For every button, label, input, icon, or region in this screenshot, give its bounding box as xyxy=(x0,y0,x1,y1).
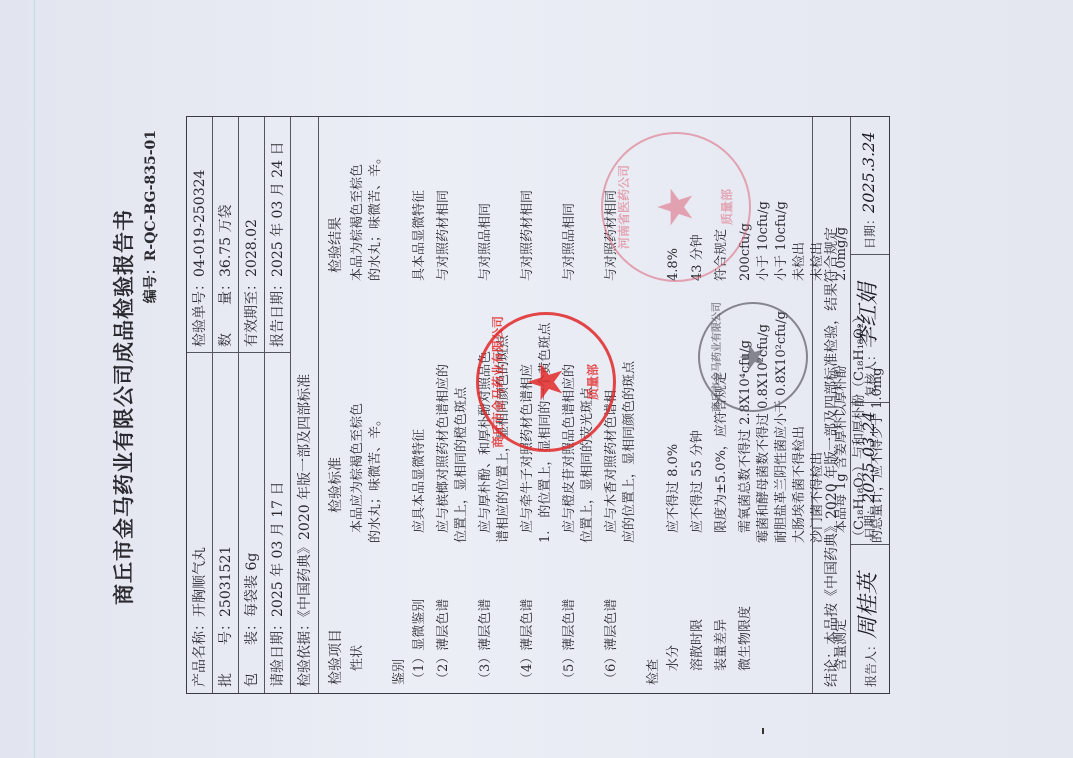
reviewer-date: 2025.3.24 xyxy=(859,132,878,213)
column-header-standard: 检验标准 xyxy=(325,457,345,513)
test-result-line: 与对照品相同 xyxy=(477,203,495,281)
reviewer-date-cell: 日期：2025.3.24 xyxy=(851,117,889,255)
inspection-no-value: 04-019-250324 xyxy=(192,170,208,277)
test-standard-line: 应不得过 8.0% xyxy=(665,444,683,533)
reporter-date-cell: 日期：2025.03.24 xyxy=(851,403,889,545)
basis-cell: 检验依据：《中国药典》2020 年版一部及四部标准 xyxy=(291,117,318,693)
test-item-label: （6）薄层色谱 xyxy=(603,599,621,685)
reporter-label: 报告人： xyxy=(864,639,878,687)
test-result-line: 具本品显微特征 xyxy=(411,190,429,281)
test-standard-line: 应具本品显微特征 xyxy=(411,429,429,533)
expiry-label: 有效期至： xyxy=(244,277,260,347)
test-standard-line: 应的位置上，显相同颜色的斑点 xyxy=(621,361,639,543)
header-row-4: 请验日期：2025 年 03 月 17 日 报告日期：2025 年 03 月 2… xyxy=(265,117,291,693)
test-standard-line: 位置上，显相同的橙色斑点 xyxy=(453,387,471,543)
column-header-result: 检验结果 xyxy=(325,217,345,273)
basis-label: 检验依据： xyxy=(297,617,313,687)
reporter-date: 2025.03.24 xyxy=(859,411,878,503)
basis-row: 检验依据：《中国药典》2020 年版一部及四部标准 xyxy=(291,117,319,693)
stamp-center-text: 质量部 xyxy=(718,189,735,225)
test-item-label: （5）薄层色谱 xyxy=(561,599,579,685)
test-item-label: 水分 xyxy=(665,645,683,671)
report-date-value: 2025 年 03 月 24 日 xyxy=(270,141,286,277)
reviewer-date-label: 日期： xyxy=(863,213,877,249)
inspection-report-page: 商丘市金马药业有限公司成品检验报告书 编号：R-QC-BG-835-01 产品名… xyxy=(96,112,896,702)
report-title: 商丘市金马药业有限公司成品检验报告书 xyxy=(108,112,138,702)
stamp-center-text: 质量部 xyxy=(584,364,601,400)
basis-value: 《中国药典》2020 年版一部及四部标准 xyxy=(297,374,313,617)
reporter-signature: 周桂英 xyxy=(856,573,881,639)
quantity-value: 36.75 万袋 xyxy=(218,204,234,277)
product-name-label: 产品名称： xyxy=(192,617,208,687)
document-code: 编号：R-QC-BG-835-01 xyxy=(140,130,160,303)
company-gray-seal: 商丘市金马药业有限公司 ★ xyxy=(698,302,808,412)
test-result-line: 小于 10cfu/g xyxy=(755,201,773,281)
test-standard-line: 应不得过 55 分钟 xyxy=(689,430,707,533)
test-item-label: 鉴别 xyxy=(391,659,409,685)
header-row-3: 包 装：每袋装 6g 有效期至：2028.02 xyxy=(239,117,265,693)
quality-dept-red-stamp: 商丘市金马药业有限公司 ★ 质量部 xyxy=(476,312,616,452)
batch-no-label: 批 号： xyxy=(218,617,234,687)
reviewer-signature: 李红娟 xyxy=(856,283,881,349)
test-item-label: （1）显微鉴别 xyxy=(411,599,429,685)
test-result-line: 与对照品相同 xyxy=(561,203,579,281)
test-result-line: 未检出 xyxy=(791,242,809,281)
reporter-cell: 报告人：周桂英 xyxy=(851,545,889,693)
reviewer-label: 复核人： xyxy=(864,349,878,397)
test-result-line: 小于 10cfu/g xyxy=(773,201,791,281)
packaging-label: 包 装： xyxy=(244,617,260,687)
batch-no-value: 25031521 xyxy=(218,546,234,617)
report-date-cell: 报告日期：2025 年 03 月 24 日 xyxy=(265,117,290,353)
request-date-label: 请验日期： xyxy=(270,617,286,687)
column-header-item: 检验项目 xyxy=(325,629,345,685)
test-item-label: （2）薄层色谱 xyxy=(435,599,453,685)
document-code-label: 编号： xyxy=(143,261,159,303)
test-result-line: 与对照药材相同 xyxy=(519,190,537,281)
packaging-value: 每袋装 6g xyxy=(244,553,260,617)
product-name-cell: 产品名称：开胸顺气丸 xyxy=(187,353,212,693)
test-item-label: 检查 xyxy=(645,659,663,685)
header-row-1: 产品名称：开胸顺气丸 检验单号：04-019-250324 xyxy=(187,117,213,693)
test-item-label: 微生物限度 xyxy=(737,606,755,671)
quantity-cell: 数 量：36.75 万袋 xyxy=(213,117,238,353)
conclusion-row: 结论：本品按《中国药典》2020 年版一部及四部标准检验，结果符合规定 xyxy=(813,117,851,693)
document-code-value: R-QC-BG-835-01 xyxy=(143,130,159,261)
test-result-line: 的水丸；味微苦、辛。 xyxy=(367,151,385,281)
request-date-cell: 请验日期：2025 年 03 月 17 日 xyxy=(265,353,290,693)
test-standard-line: 应与槟榔对照药材色谱相应的 xyxy=(435,364,453,533)
test-standard-line: 的水丸；味微苦、辛。 xyxy=(367,413,385,543)
quantity-label: 数 量： xyxy=(218,277,234,347)
signature-row: 报告人：周桂英 日期：2025.03.24 复核人：李红娟 日期：2025.3.… xyxy=(851,117,889,693)
qa-pink-stamp: 河南省医药公司 ★ 质量部 xyxy=(601,132,751,282)
conclusion-cell: 结论：本品按《中国药典》2020 年版一部及四部标准检验，结果符合规定 xyxy=(813,117,850,693)
test-standard-line: 大肠埃希菌不得检出 xyxy=(791,426,809,543)
stamp-ring-text: 河南省医药公司 xyxy=(615,165,632,249)
reviewer-cell: 复核人：李红娟 xyxy=(851,255,889,403)
star-icon: ★ xyxy=(736,342,770,372)
test-result-line: 与对照药材相同 xyxy=(435,190,453,281)
expiry-cell: 有效期至：2028.02 xyxy=(239,117,264,353)
reporter-date-label: 日期： xyxy=(863,503,877,539)
header-row-2: 批 号：25031521 数 量：36.75 万袋 xyxy=(213,117,239,693)
test-result-line: 本品为棕褐色至棕色 xyxy=(349,164,367,281)
test-standard-line: 本品应为棕褐色至棕色 xyxy=(349,403,367,533)
request-date-value: 2025 年 03 月 17 日 xyxy=(270,481,286,617)
batch-no-cell: 批 号：25031521 xyxy=(213,353,238,693)
scan-speck xyxy=(762,728,764,734)
packaging-cell: 包 装：每袋装 6g xyxy=(239,353,264,693)
star-icon: ★ xyxy=(652,185,700,228)
test-item-label: （3）薄层色谱 xyxy=(477,599,495,685)
test-item-label: 装量差异 xyxy=(713,619,731,671)
inspection-no-cell: 检验单号：04-019-250324 xyxy=(187,117,212,353)
stamp-ring-text: 商丘市金马药业有限公司 xyxy=(489,316,506,448)
expiry-value: 2028.02 xyxy=(244,219,260,277)
test-item-label: 溶散时限 xyxy=(689,619,707,671)
product-name-value: 开胸顺气丸 xyxy=(192,547,208,617)
test-item-label: 性状 xyxy=(349,645,367,671)
star-icon: ★ xyxy=(522,360,570,403)
stamp-ring-text: 商丘市金马药业有限公司 xyxy=(708,302,723,412)
report-date-label: 报告日期： xyxy=(270,277,286,347)
test-item-label: （4）薄层色谱 xyxy=(519,599,537,685)
conclusion-text: 本品按《中国药典》2020 年版一部及四部标准检验，结果符合规定 xyxy=(824,227,840,645)
inspection-no-label: 检验单号： xyxy=(192,277,208,347)
conclusion-label: 结论： xyxy=(824,645,840,687)
